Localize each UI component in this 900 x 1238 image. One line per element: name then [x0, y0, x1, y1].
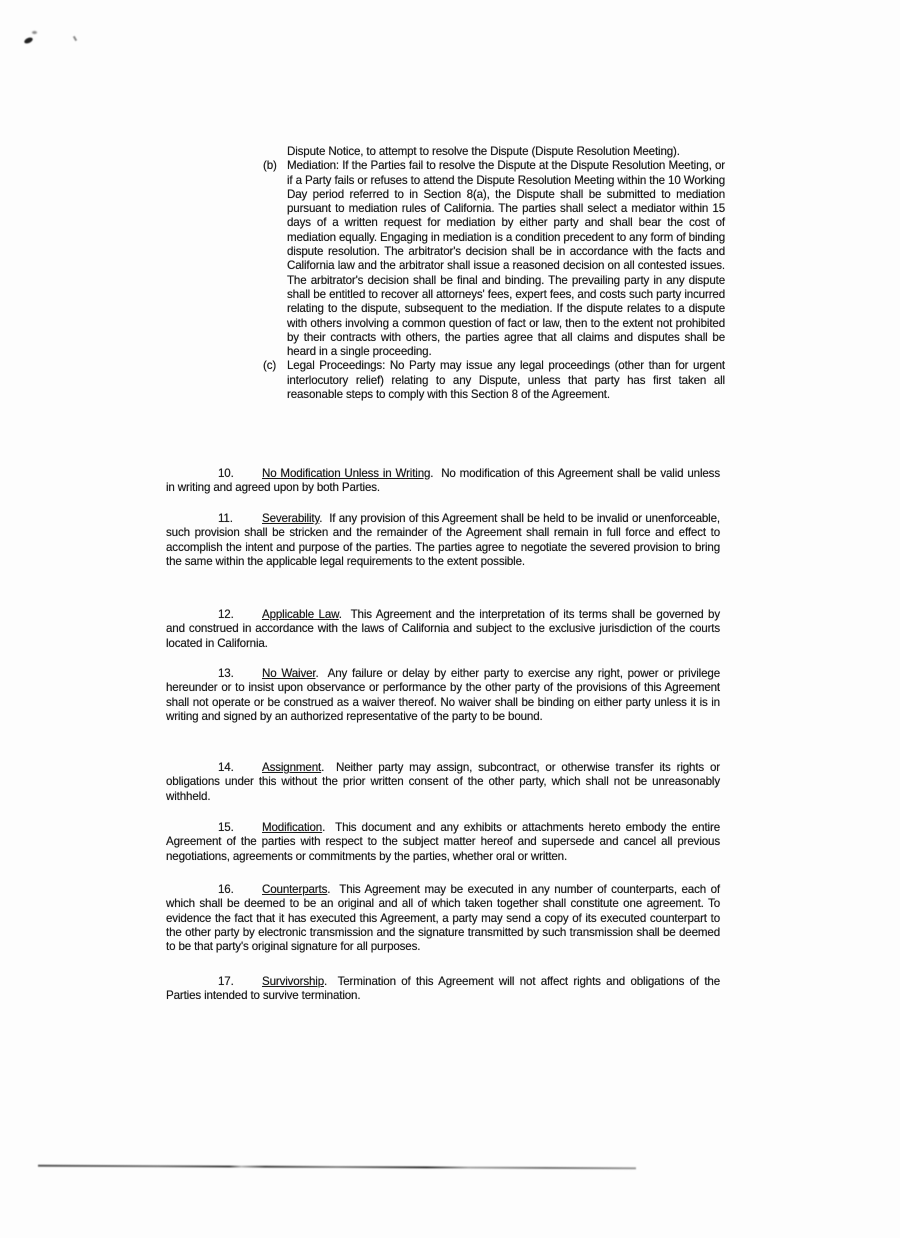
section-heading: No Waiver [262, 667, 315, 680]
section-15: 15.Modification. This document and any e… [166, 821, 720, 864]
continuation-paragraph: Dispute Notice, to attempt to resolve th… [287, 145, 725, 159]
subsection-text: Mediation: If the Parties fail to resolv… [287, 159, 725, 358]
section-10: 10.No Modification Unless in Writing. No… [166, 467, 720, 496]
section-number: 15. [166, 821, 262, 835]
section-11: 11.Severability. If any provision of thi… [166, 512, 720, 569]
continuation-text: Dispute Notice, to attempt to resolve th… [287, 145, 680, 158]
section-number: 16. [166, 883, 262, 897]
section-number: 10. [166, 467, 262, 481]
scanned-page: Dispute Notice, to attempt to resolve th… [0, 0, 900, 1238]
section-heading: Assignment [262, 761, 321, 774]
section-number: 11. [166, 512, 262, 526]
section-heading: No Modification Unless in Writing [262, 467, 430, 480]
section-number: 12. [166, 608, 262, 622]
section-16: 16.Counterparts. This Agreement may be e… [166, 883, 720, 954]
section-13: 13.No Waiver. Any failure or delay by ei… [166, 667, 720, 724]
subsection-label: (c) [263, 359, 276, 373]
scan-artifact [23, 36, 33, 44]
footer-separator-line [38, 1165, 636, 1170]
section-number: 17. [166, 975, 262, 989]
subsection-text: Legal Proceedings: No Party may issue an… [287, 359, 725, 401]
scan-artifact [73, 36, 77, 41]
section-12: 12.Applicable Law. This Agreement and th… [166, 608, 720, 651]
dispute-resolution-subsections: Dispute Notice, to attempt to resolve th… [287, 145, 725, 402]
subsection-c: (c) Legal Proceedings: No Party may issu… [287, 359, 725, 402]
section-number: 14. [166, 761, 262, 775]
section-heading: Counterparts [262, 883, 327, 896]
section-number: 13. [166, 667, 262, 681]
section-heading: Modification [262, 821, 322, 834]
subsection-label: (b) [263, 159, 277, 173]
section-heading: Survivorship [262, 975, 324, 988]
section-heading: Applicable Law [262, 608, 339, 621]
scan-artifact [32, 31, 37, 34]
section-17: 17.Survivorship. Termination of this Agr… [166, 975, 720, 1004]
section-heading: Severability [262, 512, 319, 525]
section-14: 14.Assignment. Neither party may assign,… [166, 761, 720, 804]
subsection-b: (b) Mediation: If the Parties fail to re… [287, 159, 725, 359]
